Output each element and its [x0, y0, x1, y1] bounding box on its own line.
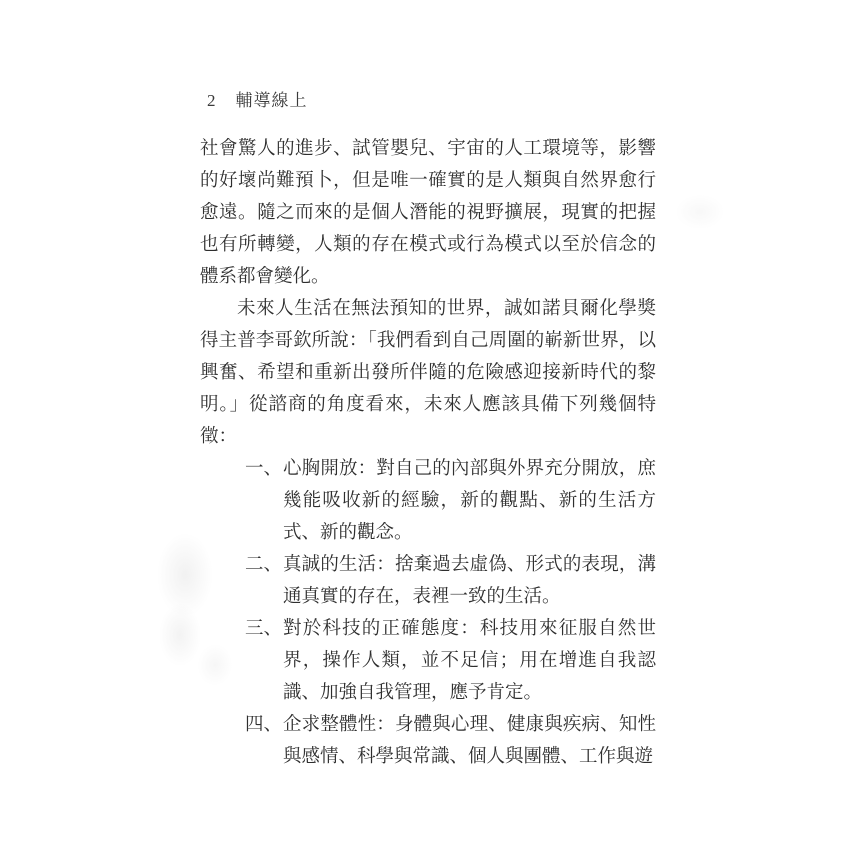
list-item-marker: 二、 — [245, 549, 283, 613]
body-text-block: 社會驚人的進步、試管嬰兒、宇宙的人工環境等，影響的好壞尚難預卜，但是唯一確實的是… — [200, 133, 656, 773]
list-item: 三、 對於科技的正確態度：科技用來征服自然世界，操作人類，並不足信；用在增進自我… — [200, 613, 656, 709]
paragraph: 未來人生活在無法預知的世界，誠如諾貝爾化學獎得主普李哥欽所說：「我們看到自己周圍… — [200, 293, 656, 453]
list-item-text: 真誠的生活：捨棄過去虛偽、形式的表現，溝通真實的存在，表裡一致的生活。 — [283, 549, 656, 613]
feature-list: 一、 心胸開放：對自己的內部與外界充分開放，庶幾能吸收新的經驗，新的觀點、新的生… — [200, 453, 656, 773]
list-item-text: 心胸開放：對自己的內部與外界充分開放，庶幾能吸收新的經驗，新的觀點、新的生活方式… — [283, 453, 656, 549]
list-item-text: 企求整體性：身體與心理、健康與疾病、知性與感情、科學與常識、個人與團體、工作與遊 — [283, 709, 656, 773]
list-item: 一、 心胸開放：對自己的內部與外界充分開放，庶幾能吸收新的經驗，新的觀點、新的生… — [200, 453, 656, 549]
body-paragraphs: 社會驚人的進步、試管嬰兒、宇宙的人工環境等，影響的好壞尚難預卜，但是唯一確實的是… — [200, 133, 656, 453]
list-item-marker: 一、 — [245, 453, 283, 549]
list-item-marker: 三、 — [245, 613, 283, 709]
paragraph: 社會驚人的進步、試管嬰兒、宇宙的人工環境等，影響的好壞尚難預卜，但是唯一確實的是… — [200, 133, 656, 293]
page-number: 2 — [207, 91, 217, 111]
list-item-text: 對於科技的正確態度：科技用來征服自然世界，操作人類，並不足信；用在增進自我認識、… — [283, 613, 656, 709]
list-item-marker: 四、 — [245, 709, 283, 773]
running-header: 2 輔導線上 — [207, 86, 308, 111]
scanned-book-page: 2 輔導線上 社會驚人的進步、試管嬰兒、宇宙的人工環境等，影響的好壞尚難預卜，但… — [0, 0, 850, 850]
list-item: 二、 真誠的生活：捨棄過去虛偽、形式的表現，溝通真實的存在，表裡一致的生活。 — [200, 549, 656, 613]
list-item: 四、 企求整體性：身體與心理、健康與疾病、知性與感情、科學與常識、個人與團體、工… — [200, 709, 656, 773]
running-title: 輔導線上 — [236, 86, 308, 111]
